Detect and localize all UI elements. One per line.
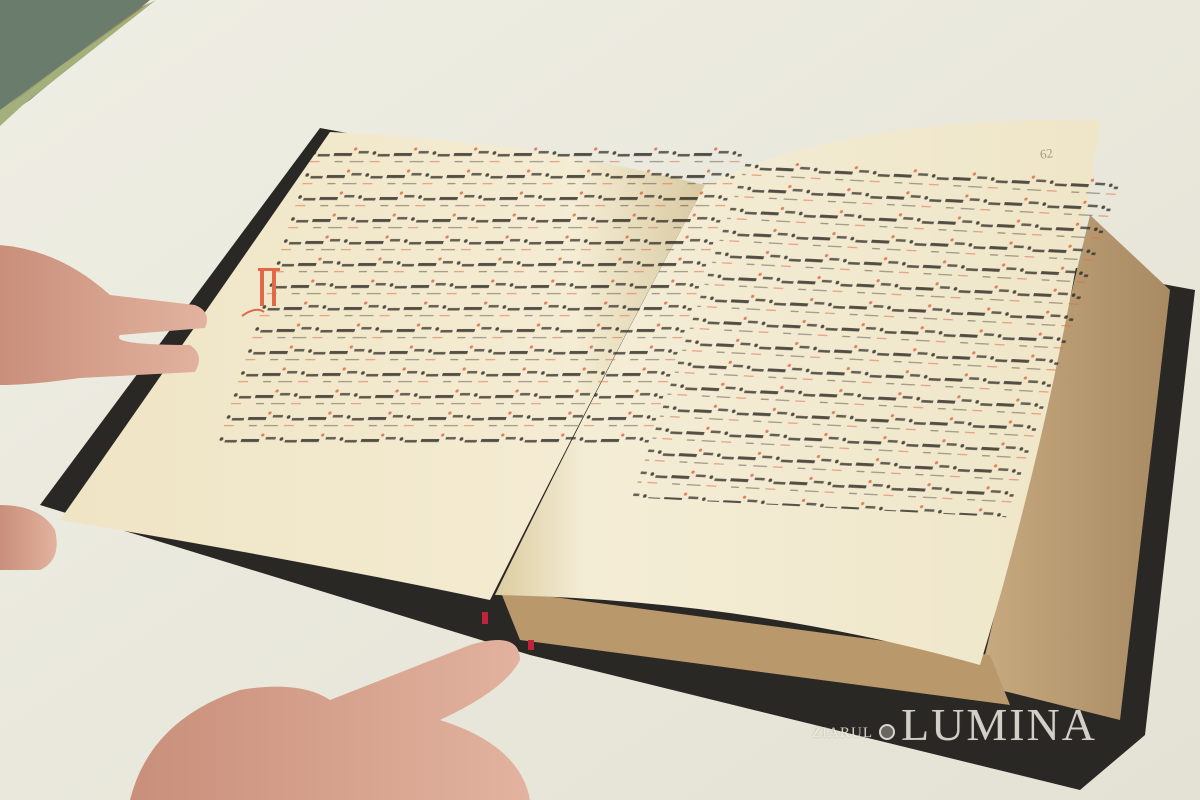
binding-thread bbox=[482, 612, 488, 624]
photo-illustration bbox=[0, 0, 1200, 800]
photo-scene: 62 ZIARUL LUMINA bbox=[0, 0, 1200, 800]
page-number: 62 bbox=[1039, 145, 1054, 163]
